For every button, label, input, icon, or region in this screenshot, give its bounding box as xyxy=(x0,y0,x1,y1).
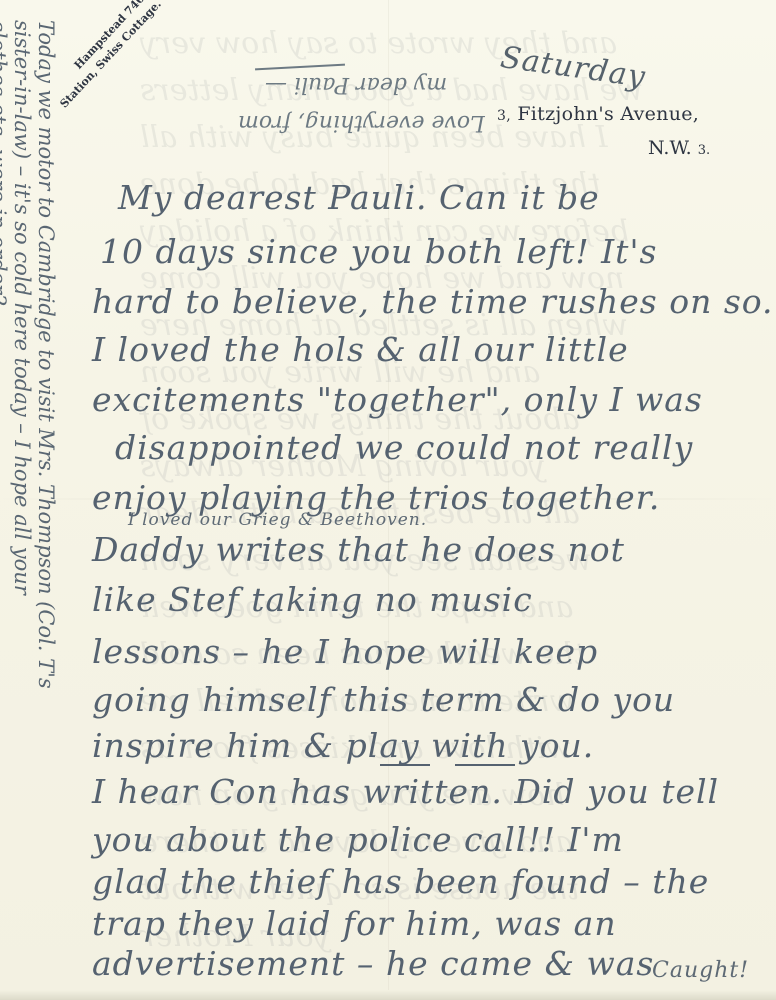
body-line: trap they laid for him, was an xyxy=(92,904,617,943)
body-line: you about the police call!! I'm xyxy=(92,820,624,859)
body-line: excitements "together", only I was xyxy=(92,380,703,419)
postcode-number: 3. xyxy=(698,143,710,158)
body-line: going himself this term & do you xyxy=(92,680,675,719)
final-word: Caught! xyxy=(652,958,749,983)
letter-page: and they wrote to say how very we have h… xyxy=(0,0,776,1000)
address-street: Fitzjohn's Avenue, xyxy=(517,103,699,125)
postcode-main: N.W. xyxy=(648,137,692,159)
body-line: advertisement – he came & was xyxy=(92,944,654,983)
letterhead-postcode: N.W. 3. xyxy=(648,137,710,159)
upside-down-note-line-2: Love everything, from xyxy=(238,110,485,135)
paper-bottom-edge xyxy=(0,990,776,1000)
insert-note: I loved our Grieg & Beethoven. xyxy=(128,510,427,530)
underline-you xyxy=(455,764,515,766)
margin-note-line-3: clothes etc. were in order? xyxy=(0,20,10,689)
body-line: disappointed we could not really xyxy=(115,428,693,467)
margin-note: Today we motor to Cambridge to visit Mrs… xyxy=(0,20,58,689)
body-line: glad the thief has been found – the xyxy=(92,862,709,901)
underline-with xyxy=(380,764,430,766)
body-line: like Stef taking no music xyxy=(92,580,533,619)
body-line: lessons – he I hope will keep xyxy=(92,632,598,671)
body-line: 10 days since you both left! It's xyxy=(100,232,657,271)
body-line: I loved the hols & all our little xyxy=(92,330,629,369)
margin-note-line-1: Today we motor to Cambridge to visit Mrs… xyxy=(34,20,58,689)
upside-down-note-line-1: my dear Pauli — xyxy=(265,72,447,97)
letterhead-address: 3, Fitzjohn's Avenue, xyxy=(497,103,699,125)
body-line: I hear Con has written. Did you tell xyxy=(92,772,719,811)
body-line: hard to believe, the time rushes on so. xyxy=(92,282,774,321)
body-line: Daddy writes that he does not xyxy=(92,530,625,569)
body-line: inspire him & play with you. xyxy=(92,726,594,765)
address-number: 3, xyxy=(497,108,511,124)
body-line: My dearest Pauli. Can it be xyxy=(118,178,600,217)
margin-note-line-2: sister-in-law) – it's so cold here today… xyxy=(10,20,34,689)
